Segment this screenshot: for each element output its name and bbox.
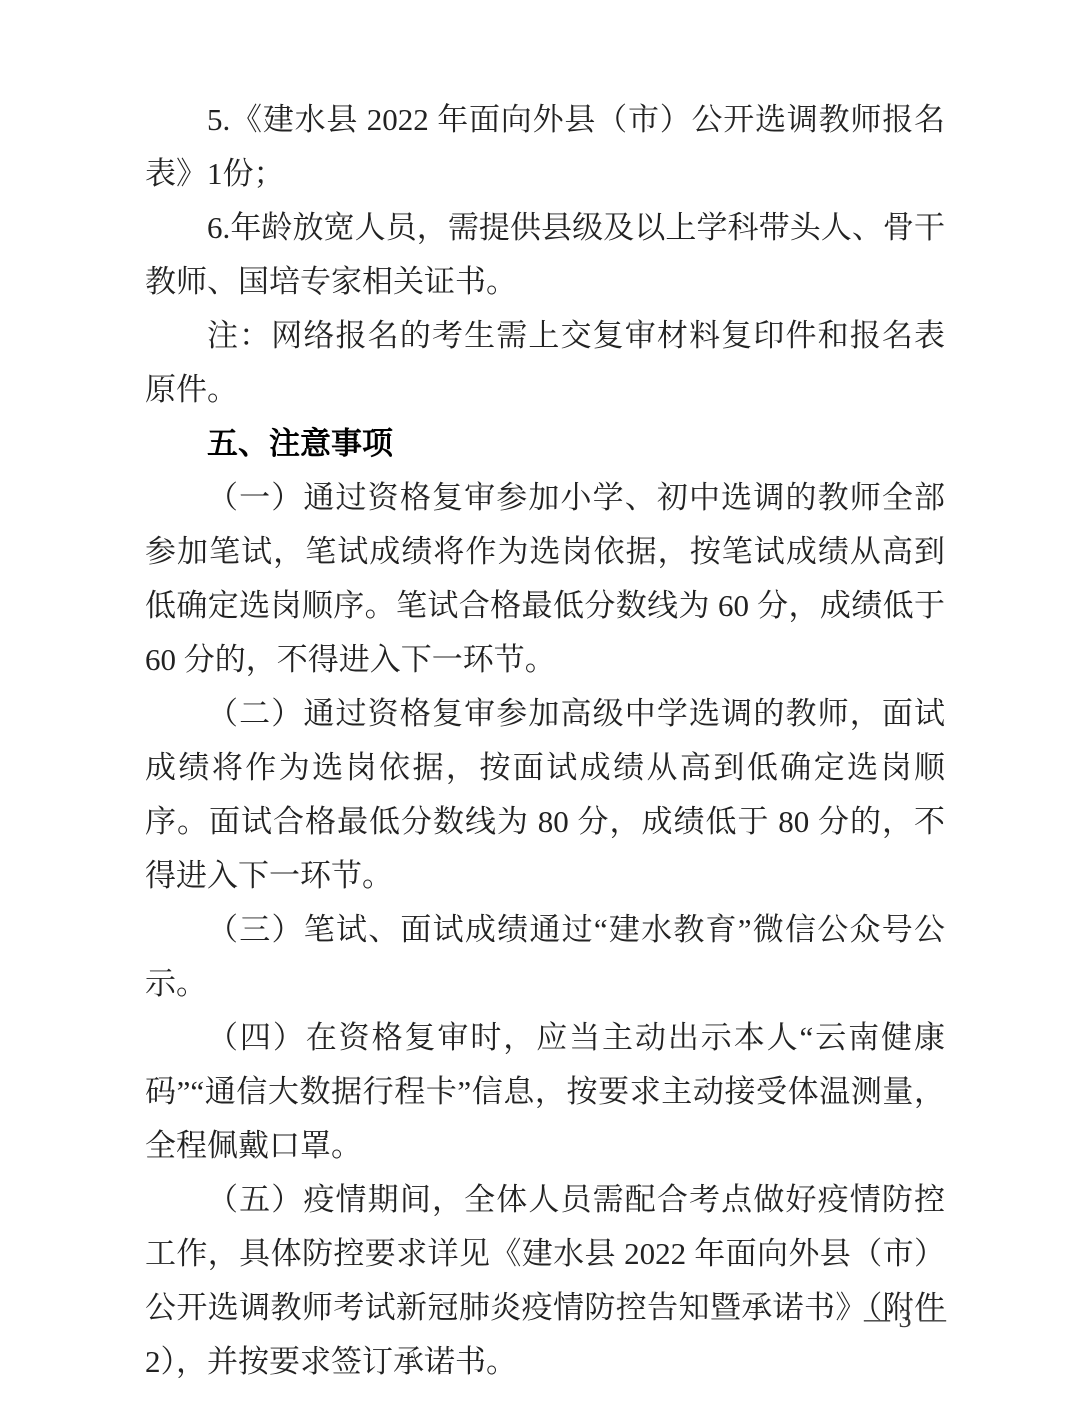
- notice-point-4: （四）在资格复审时，应当主动出示本人“云南健康码”“通信大数据行程卡”信息，按要…: [145, 1011, 945, 1173]
- attachment-item-6: 6.年龄放宽人员，需提供县级及以上学科带头人、骨干教师、国培专家相关证书。: [145, 201, 945, 309]
- notice-point-3: （三）笔试、面试成绩通过“建水教育”微信公众号公示。: [145, 903, 945, 1011]
- document-body: 5.《建水县 2022 年面向外县（市）公开选调教师报名表》1份； 6.年龄放宽…: [145, 93, 945, 1389]
- page-number: — 3 —: [864, 1306, 947, 1332]
- notice-point-2: （二）通过资格复审参加高级中学选调的教师，面试成绩将作为选岗依据，按面试成绩从高…: [145, 687, 945, 903]
- document-page: 5.《建水县 2022 年面向外县（市）公开选调教师报名表》1份； 6.年龄放宽…: [0, 0, 1080, 1417]
- section-heading: 五、注意事项: [145, 417, 945, 471]
- attachment-item-5: 5.《建水县 2022 年面向外县（市）公开选调教师报名表》1份；: [145, 93, 945, 201]
- note-line: 注：网络报名的考生需上交复审材料复印件和报名表原件。: [145, 309, 945, 417]
- notice-point-5: （五）疫情期间，全体人员需配合考点做好疫情防控工作，具体防控要求详见《建水县 2…: [145, 1173, 945, 1389]
- notice-point-1: （一）通过资格复审参加小学、初中选调的教师全部参加笔试，笔试成绩将作为选岗依据，…: [145, 471, 945, 687]
